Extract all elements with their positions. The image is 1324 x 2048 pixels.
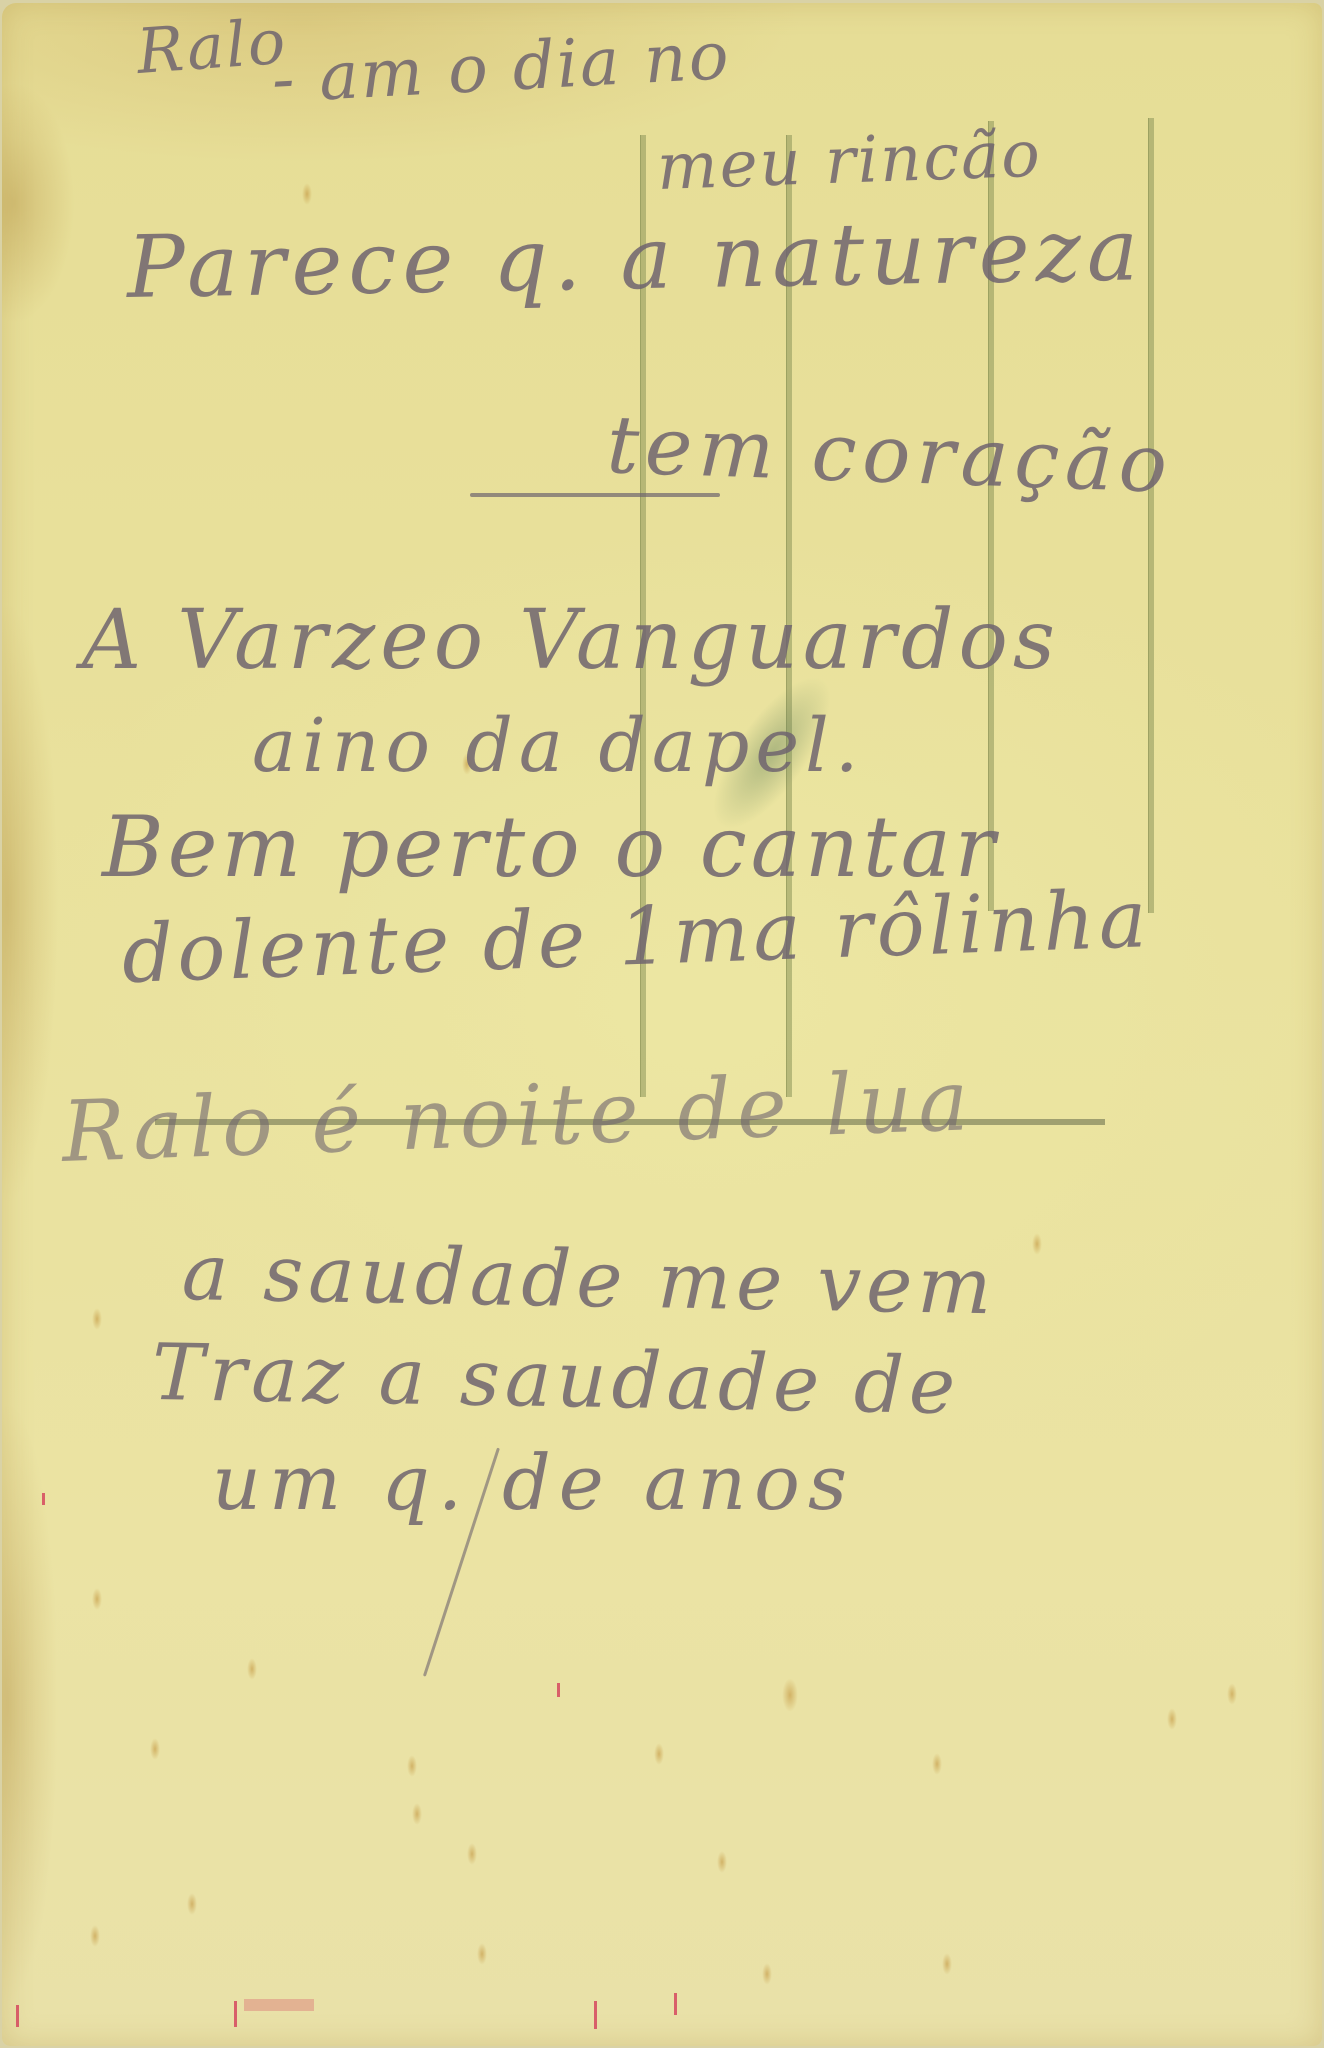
foxing-spot <box>92 1308 102 1330</box>
handwriting-line: - am o dia no <box>270 17 732 118</box>
foxing-spot <box>187 1893 197 1915</box>
foxing-spot <box>302 183 312 205</box>
handwriting-line: um q. de anos <box>212 1438 855 1527</box>
handwriting-line: a saudade me vem <box>181 1228 997 1332</box>
handwriting-line: Traz a saudade de <box>151 1328 961 1432</box>
foxing-spot <box>654 1743 664 1765</box>
foxing-spot <box>477 1943 487 1965</box>
red-ink-mark <box>557 1683 560 1697</box>
foxing-spot <box>1167 1708 1177 1730</box>
red-ink-mark <box>16 2005 19 2027</box>
handwriting-line: Ralo é noite de lua <box>60 1051 976 1181</box>
foxing-spot <box>247 1658 257 1680</box>
red-ink-mark <box>244 1999 314 2011</box>
handwriting-line: Parece q. a natureza <box>126 200 1145 318</box>
red-ink-mark <box>42 1493 45 1505</box>
pencil-underline <box>470 493 720 497</box>
red-ink-mark <box>234 2001 237 2027</box>
handwriting-line: Ralo <box>134 5 289 88</box>
foxing-spot <box>762 1963 772 1985</box>
postcard-back: Ralo - am o dia no meu rincão Parece q. … <box>2 3 1322 2046</box>
foxing-spot <box>1032 1233 1042 1255</box>
red-ink-mark <box>594 2001 597 2029</box>
foxing-spot <box>782 1678 798 1712</box>
foxing-spot <box>412 1803 422 1825</box>
vertical-rule <box>1148 118 1154 913</box>
foxing-spot <box>717 1851 727 1873</box>
foxing-spot <box>92 1588 102 1610</box>
foxing-spot <box>1227 1683 1237 1705</box>
red-ink-mark <box>674 1993 677 2015</box>
foxing-spot <box>150 1738 160 1760</box>
handwriting-line: meu rincão <box>656 118 1043 205</box>
handwriting-line: aino da dapel. <box>252 703 864 789</box>
foxing-spot <box>942 1953 952 1975</box>
foxing-spot <box>932 1753 942 1775</box>
foxing-spot <box>407 1755 417 1777</box>
foxing-spot <box>90 1925 100 1947</box>
foxing-spot <box>467 1843 477 1865</box>
handwriting-line: A Varzeo Vanguardos <box>82 593 1060 688</box>
